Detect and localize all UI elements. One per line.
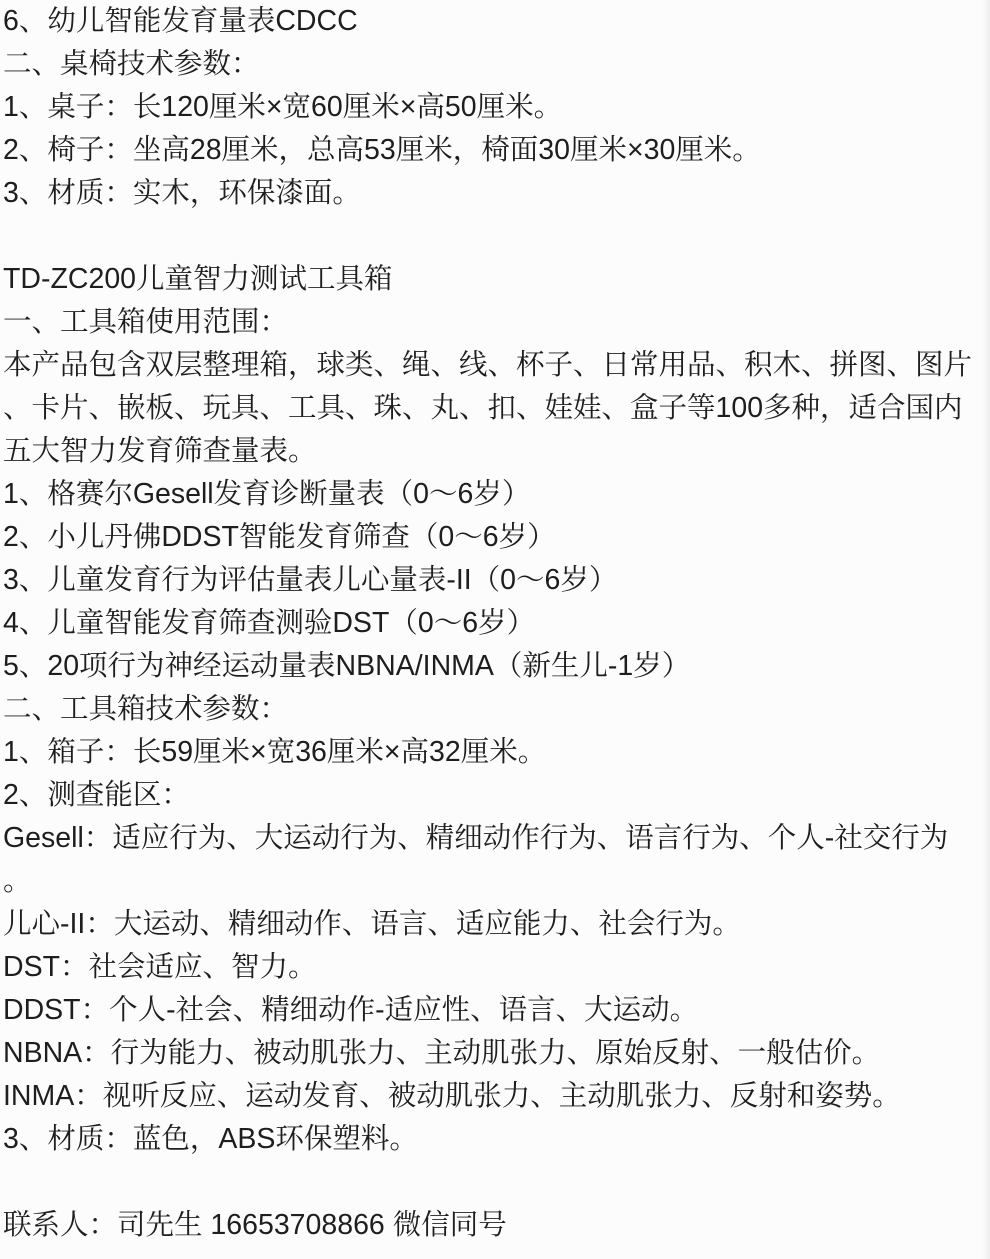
text-line: 6、幼儿智能发育量表CDCC (3, 0, 990, 43)
list-item-scale-3: 3、儿童发育行为评估量表儿心量表-II（0～6岁） (3, 559, 990, 602)
text-line: NBNA：行为能力、被动肌张力、主动肌张力、原始反射、一般估价。 (3, 1032, 990, 1075)
text-line: 五大智力发育筛查量表。 (3, 430, 990, 473)
text-line: 3、材质：蓝色，ABS环保塑料。 (3, 1118, 990, 1161)
contact-info: 联系人：司先生 16653708866 微信同号 (3, 1204, 990, 1247)
product-model-title: TD-ZC200儿童智力测试工具箱 (3, 258, 990, 301)
section-heading-toolbox-specs: 二、工具箱技术参数： (3, 688, 990, 731)
text-line: INMA：视听反应、运动发育、被动肌张力、主动肌张力、反射和姿势。 (3, 1075, 990, 1118)
text-line: 1、桌子：长120厘米×宽60厘米×高50厘米。 (3, 86, 990, 129)
text-line: 1、箱子：长59厘米×宽36厘米×高32厘米。 (3, 731, 990, 774)
text-line: 。 (3, 860, 990, 903)
text-line: 本产品包含双层整理箱，球类、绳、线、杯子、日常用品、积木、拼图、图片 (3, 344, 990, 387)
text-line: 3、材质：实木，环保漆面。 (3, 172, 990, 215)
text-line: 儿心-II：大运动、精细动作、语言、适应能力、社会行为。 (3, 903, 990, 946)
text-line: Gesell：适应行为、大运动行为、精细动作行为、语言行为、个人-社交行为 (3, 817, 990, 860)
text-line: 、卡片、嵌板、玩具、工具、珠、丸、扣、娃娃、盒子等100多种，适合国内 (3, 387, 990, 430)
blank-line (3, 215, 990, 258)
section-heading-toolbox-scope: 一、工具箱使用范围： (3, 301, 990, 344)
section-heading-desk-chair-specs: 二、桌椅技术参数： (3, 43, 990, 86)
blank-line (3, 1161, 990, 1204)
text-line: DST：社会适应、智力。 (3, 946, 990, 989)
list-item-scale-2: 2、小儿丹佛DDST智能发育筛查（0～6岁） (3, 516, 990, 559)
document-page: 6、幼儿智能发育量表CDCC 二、桌椅技术参数： 1、桌子：长120厘米×宽60… (0, 0, 990, 1259)
text-line: 2、测查能区： (3, 774, 990, 817)
list-item-scale-1: 1、格赛尔Gesell发育诊断量表（0～6岁） (3, 473, 990, 516)
list-item-scale-5: 5、20项行为神经运动量表NBNA/INMA（新生儿-1岁） (3, 645, 990, 688)
list-item-scale-4: 4、儿童智能发育筛查测验DST（0～6岁） (3, 602, 990, 645)
text-line: DDST：个人-社会、精细动作-适应性、语言、大运动。 (3, 989, 990, 1032)
text-line: 2、椅子：坐高28厘米，总高53厘米，椅面30厘米×30厘米。 (3, 129, 990, 172)
